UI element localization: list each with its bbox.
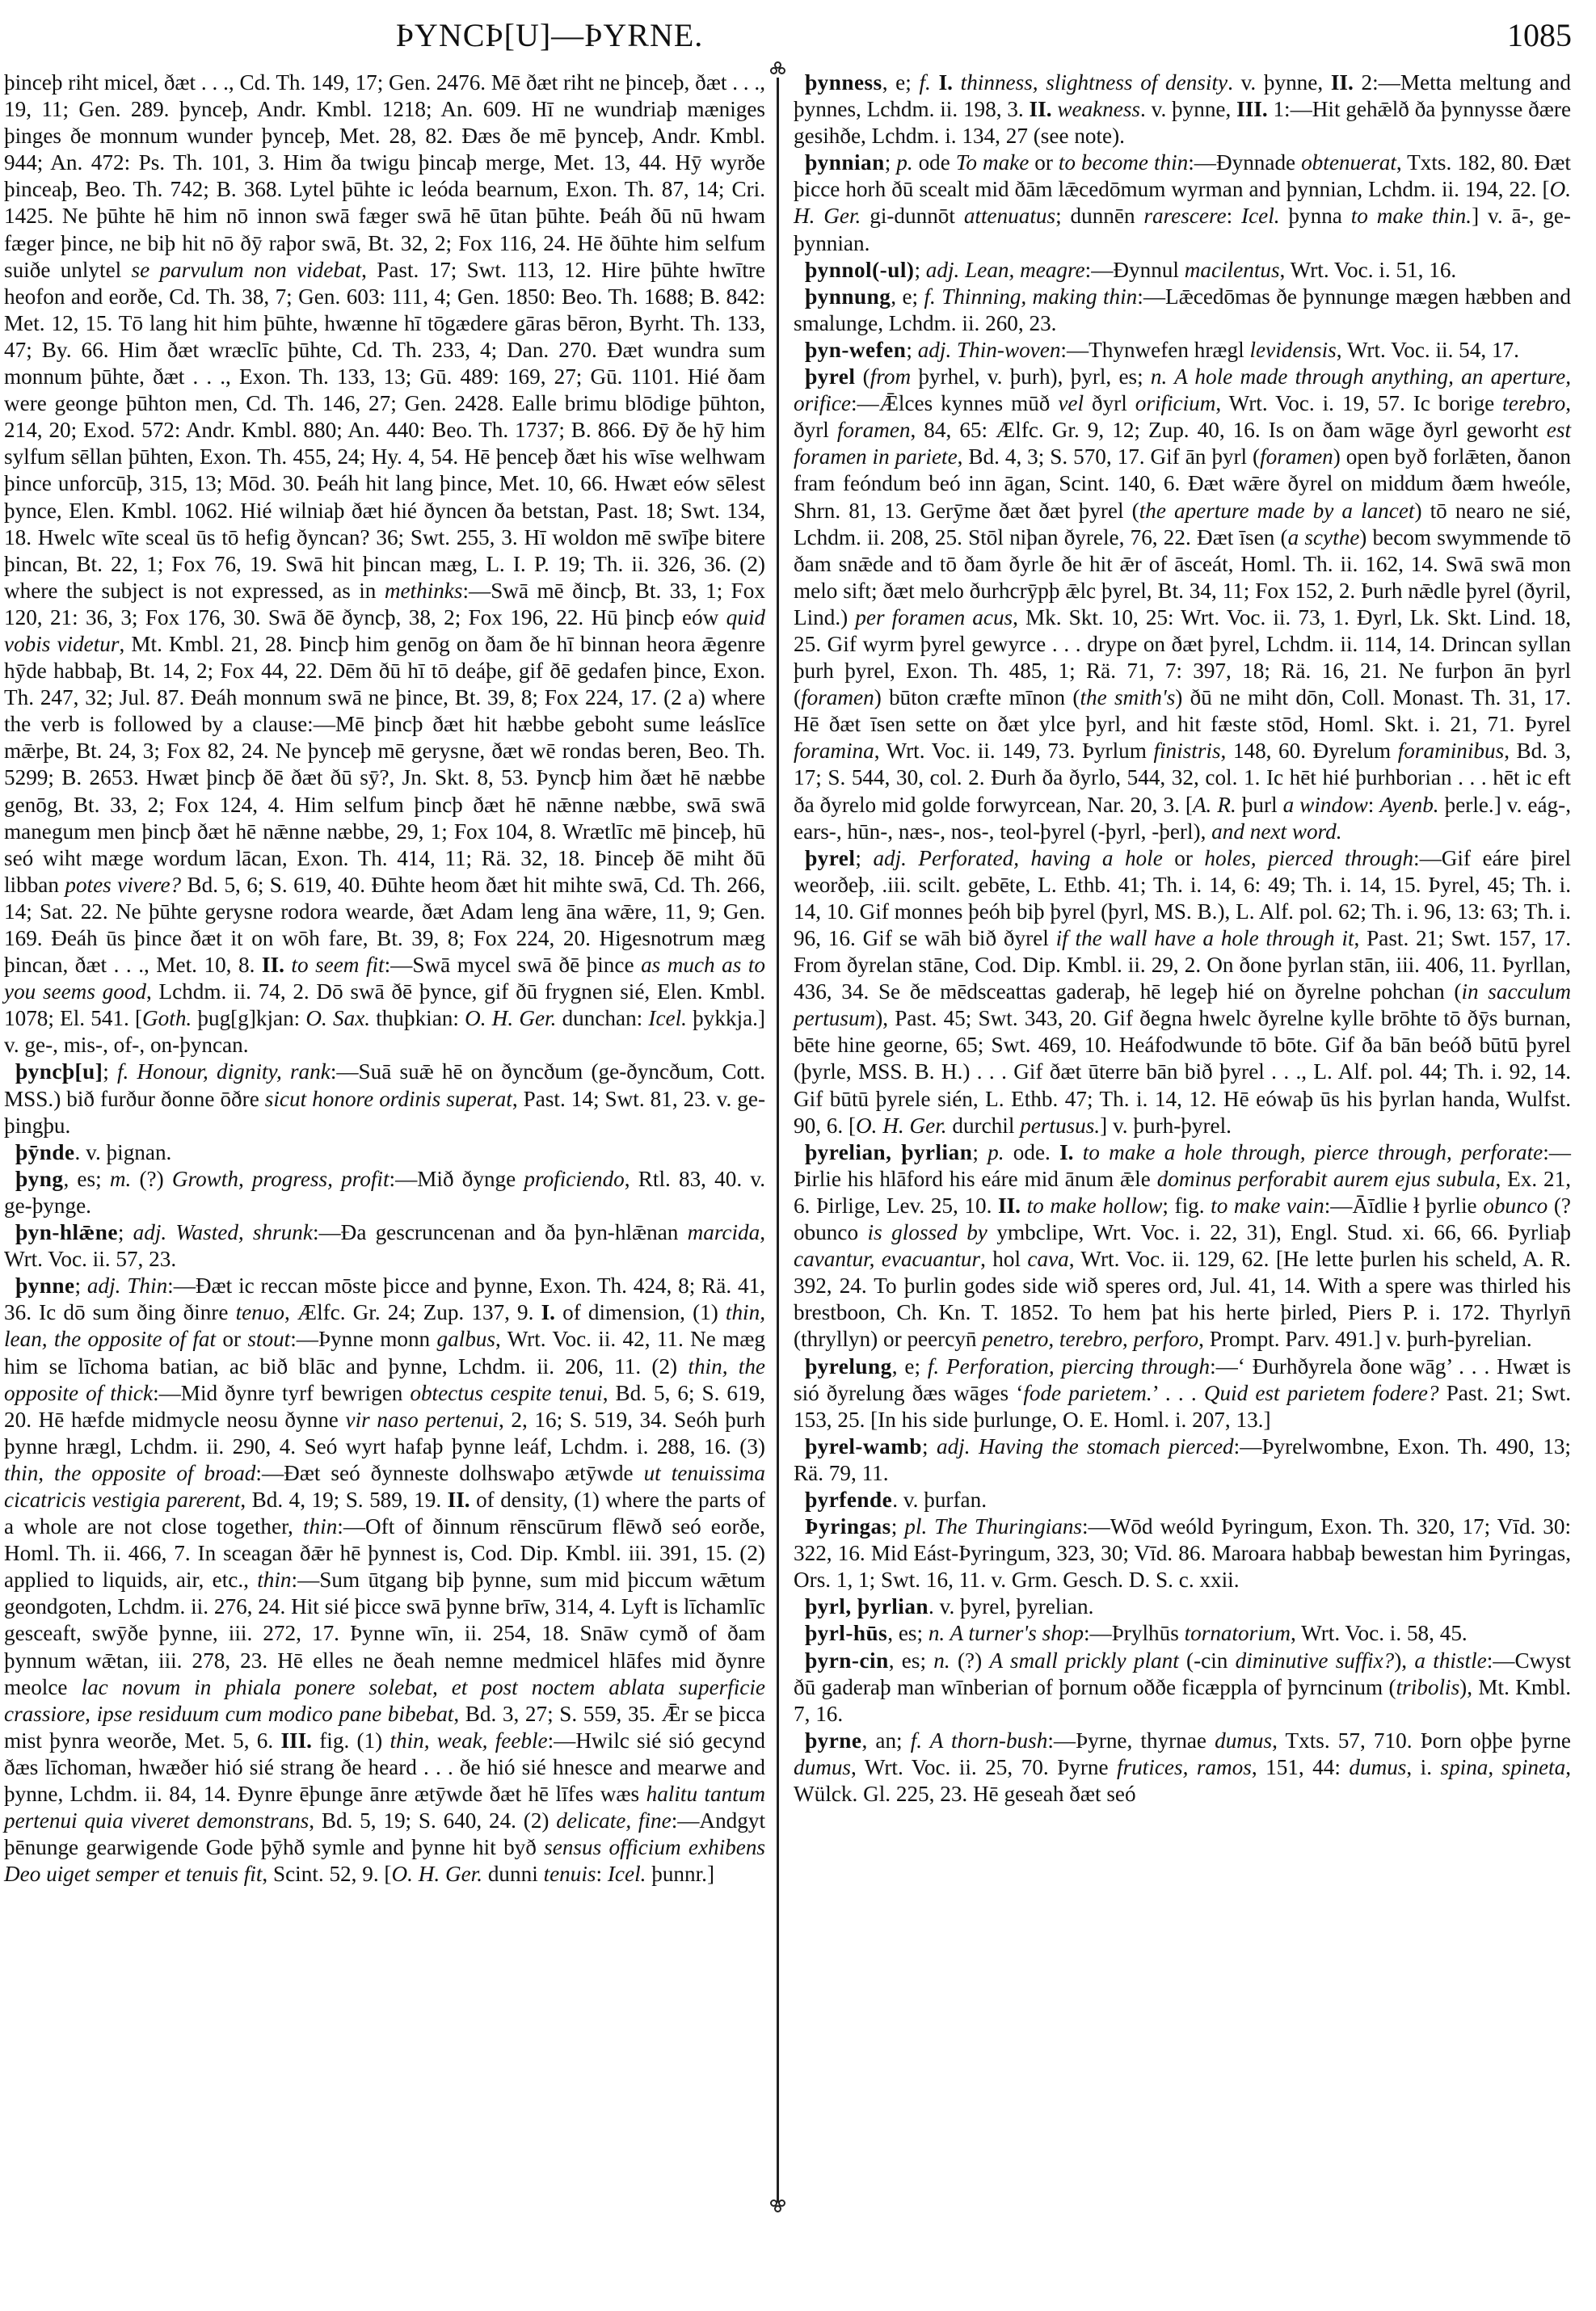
entry-text: , e; [892,1354,928,1379]
sense-numeral: II. [998,1193,1021,1218]
entry-text: ; [914,258,925,282]
italic-gloss: Goth. [142,1006,192,1030]
entry-text: , Bd. 4, 19; S. 589, 19. [240,1488,447,1512]
entry-text: gi-dunnōt [861,204,963,228]
italic-gloss: obunco [1483,1193,1548,1218]
entry-text: ; [906,338,917,362]
italic-gloss: per foramen acus [855,605,1013,629]
entry-text: ðyrl [1084,391,1135,415]
italic-gloss: vel [1058,391,1084,415]
italic-gloss: levidensis [1250,338,1337,362]
sense-numeral: III. [1236,97,1268,121]
italic-gloss: finistris [1153,739,1220,763]
italic-gloss: dumus [1349,1755,1406,1779]
dictionary-entry: þyrel-wamb; adj. Having the stomach pier… [794,1433,1571,1487]
entry-text: : [1368,793,1380,817]
entry-text: , Bd. 4, 3; S. 570, 17. Gif ān þyrl ( [958,444,1260,469]
entry-text: dunchan: [556,1006,648,1030]
right-column: þynness, e; f. I. thinness, slightness o… [794,69,1571,1808]
entry-text: ; [972,1140,987,1164]
italic-gloss: p. [896,150,912,175]
entry-text: ) būton cræfte mīnon ( [874,685,1080,709]
entry-text: ymbclipe, Wrt. Voc. i. 22, 31), Engl. St… [987,1220,1571,1244]
entry-text: ; [75,1273,87,1298]
italic-gloss: dumus [1215,1728,1272,1753]
italic-gloss: if the wall have a hole through it [1056,926,1354,950]
entry-text: (-cin [1179,1648,1236,1673]
dictionary-entry: þyrne, an; f. A thorn-bush:—Þyrne, thyrn… [794,1728,1571,1808]
italic-gloss: Growth, progress, profit [172,1167,390,1191]
headword: þȳnde [15,1140,75,1164]
italic-gloss: adj. Thin [87,1273,167,1298]
italic-gloss: is glossed by [868,1220,987,1244]
italic-gloss: delicate, fine [556,1808,671,1833]
italic-gloss: terebro [1502,391,1565,415]
italic-gloss: f. A thorn-bush [911,1728,1048,1753]
italic-gloss: spina, spineta [1440,1755,1565,1779]
entry-text: þynna [1280,204,1351,228]
entry-text: þurl [1236,793,1283,817]
entry-text: þunnr.] [646,1862,714,1886]
entry-text: ; [885,150,897,175]
italic-gloss: potes vivere? [65,873,181,897]
entry-text: or [1029,150,1059,175]
dictionary-entry: Þyringas; pl. The Thuringians:—Wōd weóld… [794,1513,1571,1593]
entry-text: ( [855,364,870,389]
italic-gloss: a scythe [1288,525,1360,549]
italic-gloss: thin [257,1568,291,1592]
italic-gloss: foraminibus [1398,739,1504,763]
italic-gloss: O. H. Ger. [465,1006,556,1030]
dictionary-entry: þyn-hlǣne; adj. Wasted, shrunk:—Ða gescr… [4,1219,765,1273]
headword: þyrelung [805,1354,892,1379]
italic-gloss: diminutive suffix? [1236,1648,1395,1673]
entry-text: . v. þynne, [1228,70,1331,95]
entry-text: :—Ǣlces kynnes mūð [851,391,1058,415]
entry-text: . v. þyrel, þyrelian. [929,1594,1093,1619]
headword: þyrn-cin [805,1648,889,1673]
headword: þyn-wefen [805,338,906,362]
running-head: ÞYNCÞ[U]—ÞYRNE. 1085 [0,11,1596,60]
entry-text: ode. [1004,1140,1060,1164]
entry-text: :—Āīdlie ł þyrlie [1324,1193,1484,1218]
entry-text: dunni [482,1862,544,1886]
italic-gloss: penetro, terebro, perforo [982,1327,1198,1351]
italic-gloss: fode parietem. [1023,1381,1152,1405]
entry-text: , Wrt. Voc. ii. 149, 73. Þyrlum [874,739,1154,763]
dictionary-entry: þyrl-hūs, es; n. A turner's shop:—Þrylhū… [794,1620,1571,1647]
headword: þynnung [805,284,891,309]
italic-gloss: p. [987,1140,1004,1164]
italic-gloss: the smith's [1080,685,1175,709]
italic-gloss: to make a hole through, pierce through, … [1083,1140,1543,1164]
entry-text: , hol [980,1247,1027,1271]
entry-text: , e; [891,284,924,309]
headword: þyrl, þyrlian [805,1594,929,1619]
dictionary-entry: þynne; adj. Thin:—Ðæt ic reccan mōste þi… [4,1273,765,1888]
entry-text: , Wrt. Voc. i. 51, 16. [1280,258,1457,282]
entry-text: :—Ðynnul [1085,258,1185,282]
entry-text: , es; [889,1648,934,1673]
entry-text: :—Þrylhūs [1084,1621,1185,1645]
entry-text: , Bd. 5, 19; S. 640, 24. (2) [309,1808,556,1833]
dictionary-entry: þyn-wefen; adj. Thin-woven:—Thynwefen hr… [794,337,1571,364]
entry-text: :—Mid ðynre tyrf bewrigen [153,1381,410,1405]
headword: þyrel-wamb [805,1434,922,1459]
entry-text: . v. þynne, [1140,97,1236,121]
headword: þynne [15,1273,75,1298]
italic-gloss: sicut honore ordinis superat [265,1087,512,1111]
headword: þyrne [805,1728,861,1753]
entry-text: , Wrt. Voc. i. 19, 57. Ic borige [1215,391,1502,415]
italic-gloss: to make hollow [1027,1193,1163,1218]
entry-text: ; [922,1434,937,1459]
italic-gloss: adj. Wasted, shrunk [133,1220,313,1244]
headword: þyrfende [805,1488,892,1512]
sense-numeral: II. [448,1488,470,1512]
entry-text: ; [103,1059,117,1084]
italic-gloss: To make [956,150,1030,175]
italic-gloss: n. [933,1648,950,1673]
italic-gloss: methinks [385,579,463,603]
italic-gloss: rarescere [1143,204,1226,228]
column-rule-bottom-ornament-icon [769,2199,787,2217]
italic-gloss: to make vain [1211,1193,1324,1218]
entry-text: ’ . . . [1152,1381,1204,1405]
entry-text: of dimension, (1) [555,1300,726,1324]
sense-numeral: I. [1059,1140,1073,1164]
italic-gloss: a thistle [1414,1648,1486,1673]
entry-text: ; [855,846,873,870]
dictionary-entry: þȳnde. v. þignan. [4,1139,765,1166]
italic-gloss: frutices, ramos [1117,1755,1252,1779]
italic-gloss: n. A turner's shop [929,1621,1084,1645]
italic-gloss: attenuatus [964,204,1055,228]
headword: þyn-hlǣne [15,1220,118,1244]
dictionary-entry: þyrel; adj. Perforated, having a hole or… [794,845,1571,1139]
entry-text: þyrhel, v. þurh), þyrl, es; [911,364,1151,389]
italic-gloss: holes, pierced through [1204,846,1413,870]
italic-gloss: tribolis [1396,1675,1460,1699]
page-title: ÞYNCÞ[U]—ÞYRNE. [356,11,743,60]
italic-gloss: dominus perforabit aurem ejus subula [1157,1167,1496,1191]
entry-text: , Past. 17; Swt. 113, 12. Hire þūhte hwī… [4,258,765,603]
headword: þyng [15,1167,63,1191]
entry-text: . v. þurfan. [892,1488,987,1512]
entry-text: , 148, 60. Ðyrelum [1221,739,1398,763]
dictionary-entry: þynnian; p. ode To make or to become thi… [794,149,1571,256]
entry-text: , Mt. Kmbl. 21, 28. Þincþ him genōg on ð… [4,632,765,897]
italic-gloss: proficiendo [524,1167,624,1191]
headword: þynnian [805,150,885,175]
headword: þyrel [805,846,855,870]
entry-text: ; dunnēn [1055,204,1143,228]
sense-numeral: I. [939,70,953,95]
italic-gloss: O. Sax. [305,1006,370,1030]
italic-gloss: obtectus cespite tenui [410,1381,602,1405]
italic-gloss: foramina [794,739,874,763]
headword: þyrl-hūs [805,1621,887,1645]
italic-gloss: O. H. Ger. [392,1862,483,1886]
italic-gloss: obtenuerat [1301,150,1396,175]
sense-numeral: III. [280,1728,312,1753]
entry-text: durchil [947,1113,1021,1138]
italic-gloss: pl. The Thuringians [904,1514,1082,1539]
entry-text: , Wrt. Voc. i. 58, 45. [1291,1621,1468,1645]
entry-text: þinceþ riht micel, ðæt . . ., Cd. Th. 14… [4,70,765,282]
headword: þynnol(-ul) [805,258,914,282]
italic-gloss: foramen [837,418,911,442]
column-rule-top-ornament-icon [769,61,787,79]
entry-text: , Txts. 57, 710. Þorn oþþe þyrne [1272,1728,1571,1753]
italic-gloss: tenuis [544,1862,596,1886]
italic-gloss: thin [303,1514,337,1539]
italic-gloss: Icel. [1241,204,1280,228]
italic-gloss: Quid est parietem fodere? [1204,1381,1439,1405]
entry-text: ] v. þurh-þyrel. [1100,1113,1232,1138]
sense-numeral: II. [262,953,284,977]
dictionary-entry: þyrelian, þyrlian; p. ode. I. to make a … [794,1139,1571,1353]
italic-gloss: thinness, slightness of density [961,70,1228,95]
italic-gloss: marcida [688,1220,760,1244]
dictionary-entry: þyncþ[u]; f. Honour, dignity, rank:—Suā … [4,1059,765,1139]
entry-text: or [216,1327,247,1351]
italic-gloss: thin, the opposite of broad [4,1461,255,1485]
entry-text: þug[g]kjan: [192,1006,305,1030]
dictionary-entry: þynnung, e; f. Thinning, making thin:—Lǣ… [794,284,1571,337]
entry-continuation: þinceþ riht micel, ðæt . . ., Cd. Th. 14… [4,69,765,1059]
italic-gloss: weakness [1057,97,1140,121]
entry-text [931,70,939,95]
entry-text: :—Ðæt seó ðynneste dolhswaþo ætȳwde [255,1461,643,1485]
italic-gloss: f. Thinning, making thin [924,284,1137,309]
italic-gloss: se parvulum non videbat [132,258,362,282]
italic-gloss: f. [920,70,931,95]
entry-text: :—Þynne monn [290,1327,436,1351]
italic-gloss: f. Honour, dignity, rank [117,1059,331,1084]
entry-text: or [1163,846,1205,870]
entry-text: , 151, 44: [1252,1755,1350,1779]
entry-text: (?) [950,1648,990,1673]
column-divider [777,78,779,2203]
italic-gloss: foramen [1260,444,1333,469]
italic-gloss: tornatorium [1185,1621,1291,1645]
italic-gloss: to make thin. [1351,204,1472,228]
entry-text: , e; [882,70,920,95]
italic-gloss: Icel. [648,1006,687,1030]
italic-gloss: to seem fit [291,953,384,977]
entry-text: ; [891,1514,905,1539]
dictionary-entry: þyrn-cin, es; n. (?) A small prickly pla… [794,1648,1571,1728]
headword: þyrelian, þyrlian [805,1140,972,1164]
italic-gloss: cava [1027,1247,1068,1271]
italic-gloss: orificium [1135,391,1216,415]
italic-gloss: Icel. [608,1862,646,1886]
italic-gloss: dumus [794,1755,851,1779]
entry-text [1021,1193,1027,1218]
entry-text: :—Mið ðynge [390,1167,524,1191]
entry-text: , 84, 65: Ælfc. Gr. 9, 12; Zup. 40, 16. … [910,418,1546,442]
entry-text: thuþkian: [370,1006,465,1030]
entry-text: ; fig. [1162,1193,1211,1218]
left-column: þinceþ riht micel, ðæt . . ., Cd. Th. 14… [4,69,765,1888]
italic-gloss: a window [1283,793,1368,817]
italic-gloss: the aperture made by a lancet [1139,499,1415,523]
headword: þyncþ[u] [15,1059,103,1084]
dictionary-entry: þyrel (from þyrhel, v. þurh), þyrl, es; … [794,364,1571,845]
italic-gloss: foramen [801,685,874,709]
italic-gloss: tenuo [236,1300,284,1324]
italic-gloss: vir naso pertenui [346,1408,499,1432]
headword: þynness [805,70,882,95]
entry-text: , Wrt. Voc. ii. 25, 70. Þyrne [851,1755,1117,1779]
dictionary-entry: þynnol(-ul); adj. Lean, meagre:—Ðynnul m… [794,257,1571,284]
italic-gloss: macilentus [1185,258,1280,282]
entry-text [1073,1140,1082,1164]
headword: Þyringas [805,1514,891,1539]
entry-text: , es; [63,1167,109,1191]
entry-text: :—Ðynnade [1188,150,1301,175]
italic-gloss: adj. Lean, meagre [926,258,1085,282]
dictionary-entry: þyng, es; m. (?) Growth, progress, profi… [4,1166,765,1219]
entry-text: :—Thynwefen hrægl [1060,338,1249,362]
dictionary-entry: þynness, e; f. I. thinness, slightness o… [794,69,1571,149]
headword: þyrel [805,364,855,389]
entry-text: ode [913,150,956,175]
entry-text: :—Þyrne, thyrnae [1047,1728,1215,1753]
entry-text: (?) [131,1167,172,1191]
sense-numeral: II. [1030,97,1052,121]
italic-gloss: f. Perforation, piercing through [928,1354,1210,1379]
italic-gloss: m. [110,1167,131,1191]
dictionary-entry: þyrelung, e; f. Perforation, piercing th… [794,1353,1571,1433]
entry-text [953,70,961,95]
italic-gloss: adj. Perforated, having a hole [873,846,1162,870]
dictionary-entry: þyrl, þyrlian. v. þyrel, þyrelian. [794,1593,1571,1620]
italic-gloss: thin, weak, feeble [390,1728,547,1753]
italic-gloss: O. H. Ger. [856,1113,947,1138]
italic-gloss: and next word. [1211,819,1341,844]
entry-text: , es; [887,1621,929,1645]
entry-text: ), [1394,1648,1414,1673]
entry-text: , Wrt. Voc. ii. 54, 17. [1337,338,1519,362]
italic-gloss: A. R. [1193,793,1236,817]
entry-text: . v. þignan. [75,1140,172,1164]
sense-numeral: II. [1331,70,1354,95]
dictionary-entry: þyrfende. v. þurfan. [794,1487,1571,1513]
italic-gloss: pertusus. [1020,1113,1100,1138]
entry-text: , Ælfc. Gr. 24; Zup. 137, 9. [284,1300,541,1324]
entry-text: :—Ða gescruncenan and ða þyn-hlǣnan [313,1220,688,1244]
entry-text: : [596,1862,608,1886]
sense-numeral: I. [541,1300,555,1324]
italic-gloss: Ayenb. [1379,793,1438,817]
entry-text: fig. (1) [312,1728,390,1753]
entry-text: , Scint. 52, 9. [ [262,1862,391,1886]
italic-gloss: stout [247,1327,290,1351]
italic-gloss: A small prickly plant [989,1648,1178,1673]
italic-gloss: to become thin [1059,150,1188,175]
entry-text: , an; [861,1728,910,1753]
italic-gloss: adj. Having the stomach pierced [937,1434,1234,1459]
entry-text: , i. [1406,1755,1440,1779]
entry-text: : [1227,204,1241,228]
entry-text: ; [118,1220,133,1244]
italic-gloss: galbus [436,1327,495,1351]
page-number: 1085 [1507,11,1572,60]
entry-text: , Prompt. Parv. 491.] v. þurh-þyrelian. [1198,1327,1532,1351]
italic-gloss: cavantur, evacuantur [794,1247,980,1271]
entry-text: :—Swā mycel swā ðē þince [385,953,641,977]
italic-gloss: adj. Thin-woven [918,338,1061,362]
italic-gloss: from [870,364,911,389]
